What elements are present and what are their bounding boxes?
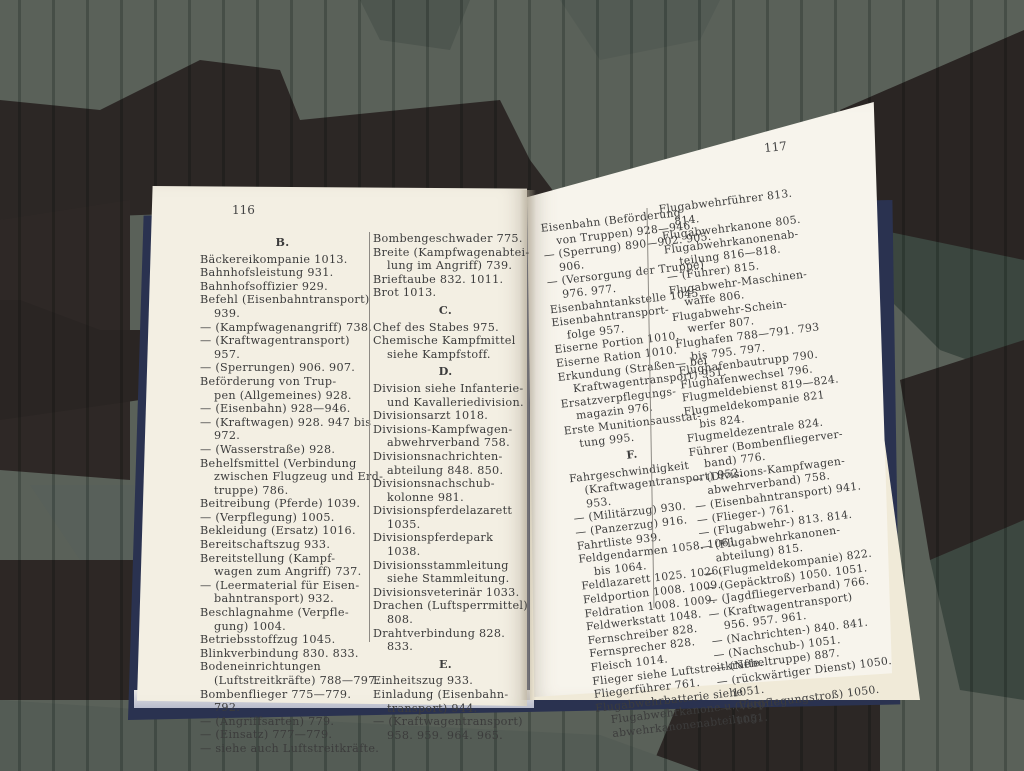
- index-entry: 957.: [200, 348, 365, 362]
- right-page-number: 117: [763, 139, 787, 155]
- index-entry: — (Einsatz) 777—779.: [200, 728, 365, 742]
- index-entry: Bereitschaftszug 933.: [200, 538, 365, 552]
- index-entry: 972.: [200, 429, 365, 443]
- index-entry: 939.: [200, 307, 365, 321]
- index-entry: gung) 1004.: [200, 620, 365, 634]
- index-entry: siehe Kampfstoff.: [373, 348, 518, 362]
- index-entry: Beschlagnahme (Verpfle-: [200, 606, 365, 620]
- index-entry: Divisions-Kampfwagen-: [373, 423, 518, 437]
- index-section-letter: C.: [373, 304, 518, 318]
- index-entry: 1035.: [373, 518, 518, 532]
- index-entry: Behelfsmittel (Verbindung: [200, 457, 365, 471]
- index-entry: pen (Allgemeines) 928.: [200, 389, 365, 403]
- index-entry: zwischen Flugzeug und Erd-: [200, 470, 365, 484]
- index-entry: Divisionsstammleitung: [373, 559, 518, 573]
- index-entry: siehe Stammleitung.: [373, 572, 518, 586]
- index-entry: truppe) 786.: [200, 484, 365, 498]
- index-entry: 958. 959. 964. 965.: [373, 729, 518, 743]
- index-entry: Beitreibung (Pferde) 1039.: [200, 497, 365, 511]
- index-entry: transport) 944.: [373, 702, 518, 716]
- index-entry: Einladung (Eisenbahn-: [373, 688, 518, 702]
- index-entry: Beförderung von Trup-: [200, 375, 365, 389]
- index-entry: Divisionsnachschub-: [373, 477, 518, 491]
- left-page-column-2: Bombengeschwader 775.Breite (Kampfwagena…: [373, 232, 518, 742]
- index-entry: — (Leermaterial für Eisen-: [200, 579, 365, 593]
- index-entry: Divisionspferdepark: [373, 531, 518, 545]
- index-entry: Brieftaube 832. 1011.: [373, 273, 518, 287]
- index-entry: Drachen (Luftsperrmittel): [373, 599, 518, 613]
- index-entry: und Kavalleriedivision.: [373, 396, 518, 410]
- index-entry: — (Sperrungen) 906. 907.: [200, 361, 365, 375]
- index-section-letter: D.: [373, 365, 518, 379]
- index-entry: Bombenflieger 775—779.: [200, 688, 365, 702]
- left-page-column-1: B.Bäckereikompanie 1013.Bahnhofsleistung…: [200, 232, 365, 756]
- index-entry: Einheitszug 933.: [373, 674, 518, 688]
- index-entry: — (Eisenbahn) 928—946.: [200, 402, 365, 416]
- index-entry: Divisionspferdelazarett: [373, 504, 518, 518]
- left-page-number: 116: [232, 203, 255, 217]
- index-entry: Bombengeschwader 775.: [373, 232, 518, 246]
- index-entry: wagen zum Angriff) 737.: [200, 565, 365, 579]
- index-entry: Division siehe Infanterie-: [373, 382, 518, 396]
- index-entry: — (Kraftwagentransport): [200, 334, 365, 348]
- index-entry: Blinkverbindung 830. 833.: [200, 647, 365, 661]
- index-entry: 833.: [373, 640, 518, 654]
- index-entry: 1038.: [373, 545, 518, 559]
- index-entry: — (Kraftwagentransport): [373, 715, 518, 729]
- index-entry: — (Angriffsarten) 779.: [200, 715, 365, 729]
- index-entry: abwehrverband 758.: [373, 436, 518, 450]
- index-entry: — (Kraftwagen) 928. 947 bis: [200, 416, 365, 430]
- left-page-column-divider: [369, 232, 370, 642]
- index-entry: Divisionsnachrichten-: [373, 450, 518, 464]
- index-entry: Chef des Stabes 975.: [373, 321, 518, 335]
- index-entry: Brot 1013.: [373, 286, 518, 300]
- index-entry: lung im Angriff) 739.: [373, 259, 518, 273]
- index-entry: kolonne 981.: [373, 491, 518, 505]
- index-entry: — (Verpflegung) 1005.: [200, 511, 365, 525]
- index-entry: 808.: [373, 613, 518, 627]
- book-gutter: [520, 190, 536, 700]
- index-entry: Divisionsarzt 1018.: [373, 409, 518, 423]
- index-entry: Divisionsveterinär 1033.: [373, 586, 518, 600]
- index-entry: — (Wasserstraße) 928.: [200, 443, 365, 457]
- index-section-letter: B.: [200, 236, 365, 250]
- index-entry: Bodeneinrichtungen: [200, 660, 365, 674]
- index-entry: (Luftstreitkräfte) 788—797.: [200, 674, 365, 688]
- index-entry: Bereitstellung (Kampf-: [200, 552, 365, 566]
- index-entry: Betriebsstoffzug 1045.: [200, 633, 365, 647]
- index-entry: Drahtverbindung 828.: [373, 627, 518, 641]
- index-entry: Befehl (Eisenbahntransport): [200, 293, 365, 307]
- index-entry: — (Kampfwagenangriff) 738.: [200, 321, 365, 335]
- index-entry: Bahnhofsoffizier 929.: [200, 280, 365, 294]
- index-entry: Chemische Kampfmittel: [373, 334, 518, 348]
- index-section-letter: E.: [373, 658, 518, 672]
- index-entry: Bekleidung (Ersatz) 1016.: [200, 524, 365, 538]
- index-entry: abteilung 848. 850.: [373, 464, 518, 478]
- index-entry: 792.: [200, 701, 365, 715]
- index-entry: Bäckereikompanie 1013.: [200, 253, 365, 267]
- index-entry: — siehe auch Luftstreitkräfte.: [200, 742, 365, 756]
- index-entry: Breite (Kampfwagenabtei-: [373, 246, 518, 260]
- index-entry: Bahnhofsleistung 931.: [200, 266, 365, 280]
- index-entry: bahntransport) 932.: [200, 592, 365, 606]
